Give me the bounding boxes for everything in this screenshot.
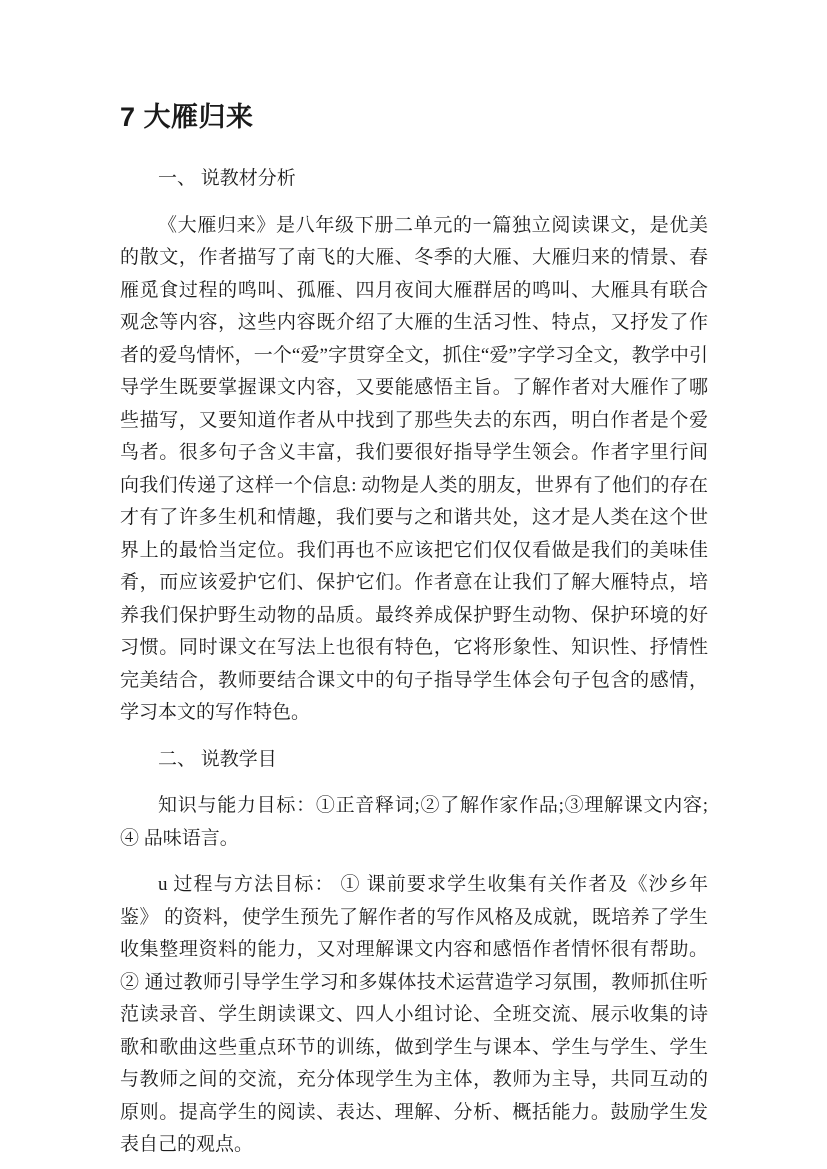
paragraph-process-method-goals: u 过程与方法目标： ① 课前要求学生收集有关作者及《沙乡年鉴》 的资料，使学生… <box>120 869 708 1162</box>
section-heading-teaching-goals: 二、 说教学目 <box>120 744 708 777</box>
document-title: 7 大雁归来 <box>120 100 708 134</box>
section-heading-material-analysis: 一、 说教材分析 <box>120 163 708 196</box>
paragraph-knowledge-ability-goals: 知识与能力目标：①正音释词;②了解作家作品;③理解课文内容; ④ 品味语言。 <box>120 790 708 855</box>
document-content: 7 大雁归来 一、 说教材分析 《大雁归来》是八年级下册二单元的一篇独立阅读课文… <box>0 0 827 1162</box>
document-page: 7 大雁归来 一、 说教材分析 《大雁归来》是八年级下册二单元的一篇独立阅读课文… <box>0 0 827 1169</box>
paragraph-material-analysis: 《大雁归来》是八年级下册二单元的一篇独立阅读课文，是优美的散文，作者描写了南飞的… <box>120 210 708 730</box>
